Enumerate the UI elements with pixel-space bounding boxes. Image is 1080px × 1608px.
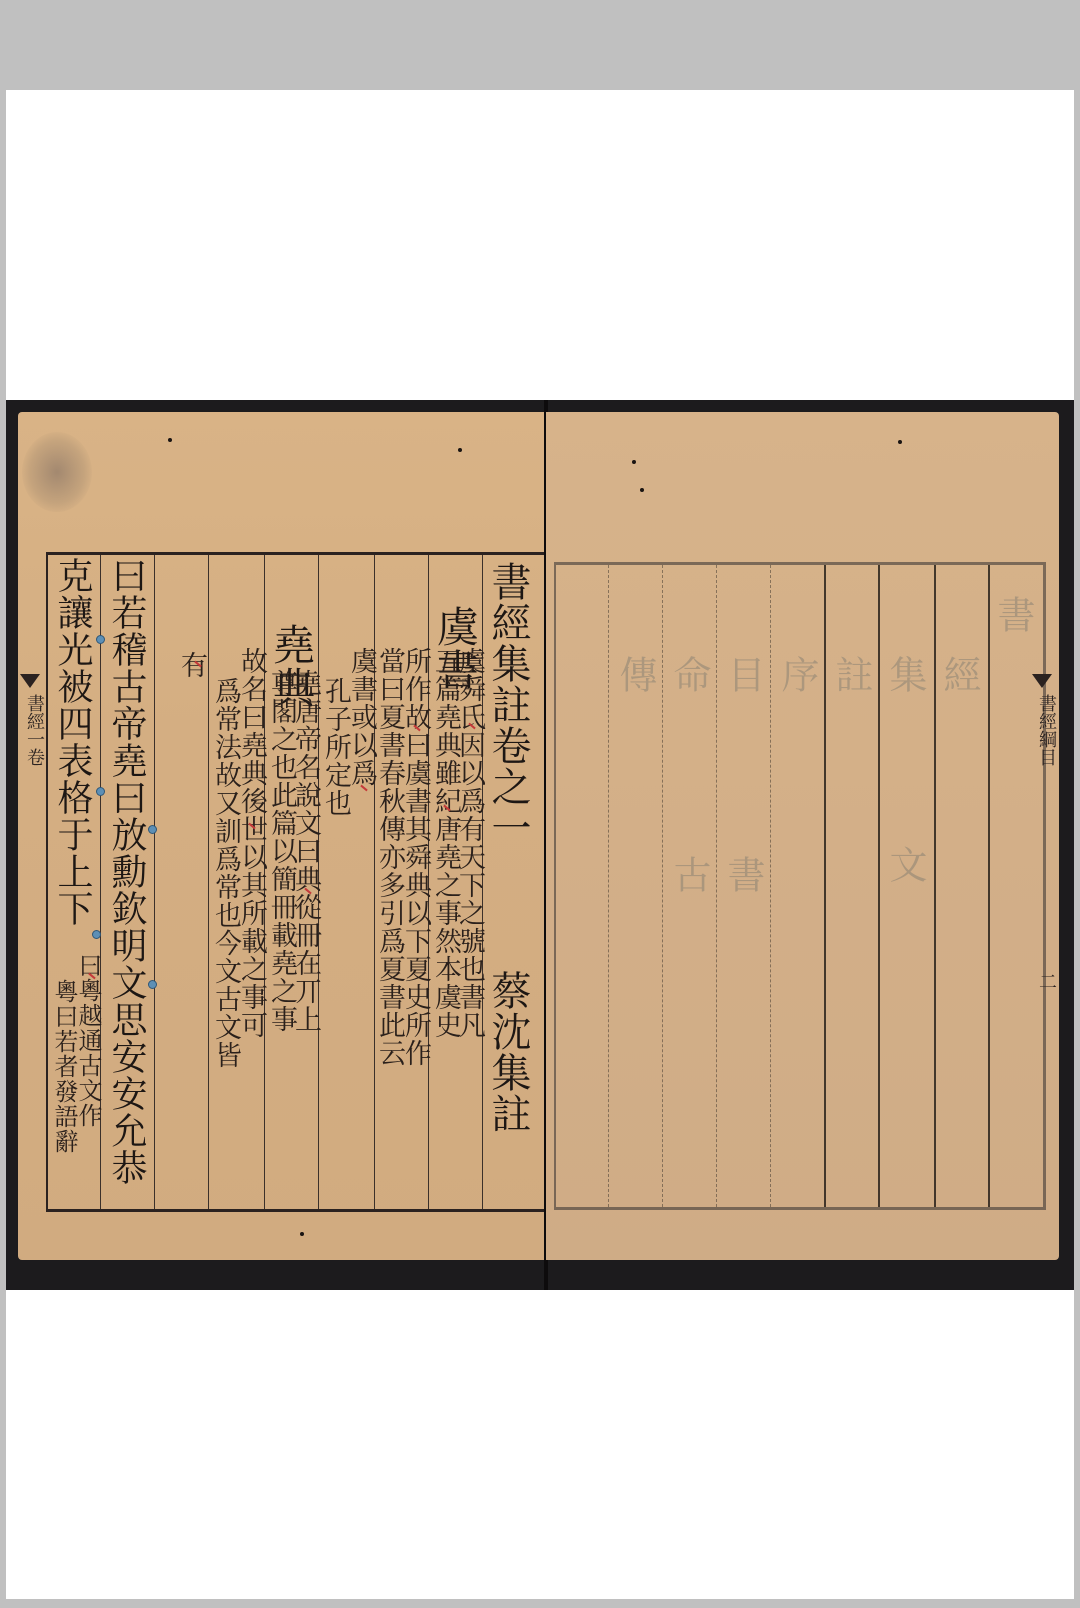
punctuation-circle bbox=[96, 635, 105, 644]
fold-margin-label: 書經一卷 bbox=[21, 694, 47, 766]
punctuation-circle bbox=[148, 980, 157, 989]
speck bbox=[168, 438, 172, 442]
bleed-through-text: 目 bbox=[724, 655, 762, 693]
commentary-line: 所作故曰虞書其舜典以下夏史所作 bbox=[402, 647, 429, 1067]
book-scan: 書經集註卷之一 蔡沈集註 虞書 虞舜氏因以爲有天下之號也書凡 五篇堯典雖紀唐堯之… bbox=[6, 400, 1074, 1290]
speck bbox=[640, 488, 644, 492]
commentary-line: 曰粵越通古文作 bbox=[76, 953, 100, 1128]
bleed-through-text: 命 bbox=[670, 655, 708, 693]
right-page: 書 經 集 註 序 目 命 傳 文 書 古 書經綱目 二 bbox=[546, 412, 1059, 1260]
commentary-line: 虞書或以爲 bbox=[348, 647, 375, 787]
fold-fishtail-icon bbox=[20, 674, 40, 688]
punctuation-circle bbox=[92, 930, 101, 939]
bleed-through-text: 書 bbox=[724, 855, 762, 893]
commentary-line: 當曰夏書春秋傳亦多引爲夏書此云 bbox=[376, 647, 403, 1067]
page-number: 二 bbox=[1033, 972, 1059, 990]
fold-fishtail-icon bbox=[1032, 674, 1052, 688]
commentary-line: 五篇堯典雖紀唐堯之事然本虞史 bbox=[432, 647, 459, 1039]
viewer-toolbar bbox=[0, 0, 1080, 90]
bleed-through-text: 文 bbox=[886, 845, 924, 883]
speck bbox=[632, 460, 636, 464]
volume-title: 書經集註卷之一 bbox=[488, 561, 528, 848]
bleed-through-text: 傳 bbox=[616, 655, 654, 693]
text-frame: 書經集註卷之一 蔡沈集註 虞書 虞舜氏因以爲有天下之號也書凡 五篇堯典雖紀唐堯之… bbox=[46, 552, 548, 1212]
speck bbox=[898, 440, 902, 444]
commentary-line: 孔子所定也 bbox=[322, 677, 349, 817]
bleed-through-text: 經 bbox=[940, 655, 978, 693]
commentary-line: 爲常法故又訓爲常也今文古文皆 bbox=[212, 677, 239, 1069]
left-page: 書經集註卷之一 蔡沈集註 虞書 虞舜氏因以爲有天下之號也書凡 五篇堯典雖紀唐堯之… bbox=[18, 412, 546, 1260]
commentary-line: 粵曰若者發語辭 bbox=[52, 979, 76, 1154]
main-text-line: 曰若稽古帝堯曰放勳欽明文思安安允恭 bbox=[108, 557, 144, 1186]
bleed-through-text: 古 bbox=[670, 855, 708, 893]
bleed-through-text: 序 bbox=[778, 655, 816, 693]
commentary-line: 尊閣之也此篇以簡冊載堯之事 bbox=[268, 669, 295, 1033]
ink-stain bbox=[22, 432, 92, 512]
punctuation-circle bbox=[148, 825, 157, 834]
commentary-line: 故名曰堯典後世以其所載之事可 bbox=[238, 647, 265, 1039]
speck bbox=[458, 448, 462, 452]
bleed-through-frame: 書 經 集 註 序 目 命 傳 文 書 古 bbox=[554, 562, 1046, 1210]
bleed-through-text: 書 bbox=[994, 595, 1032, 633]
fold-margin-label: 書經綱目 bbox=[1033, 694, 1059, 766]
main-text-line: 克讓光被四表格于上下 bbox=[54, 557, 90, 927]
bleed-through-text: 集 bbox=[886, 655, 924, 693]
punctuation-circle bbox=[96, 787, 105, 796]
column-rule bbox=[988, 565, 1044, 1207]
author-credit: 蔡沈集註 bbox=[488, 970, 528, 1134]
bleed-through-text: 註 bbox=[832, 655, 870, 693]
speck bbox=[300, 1232, 304, 1236]
